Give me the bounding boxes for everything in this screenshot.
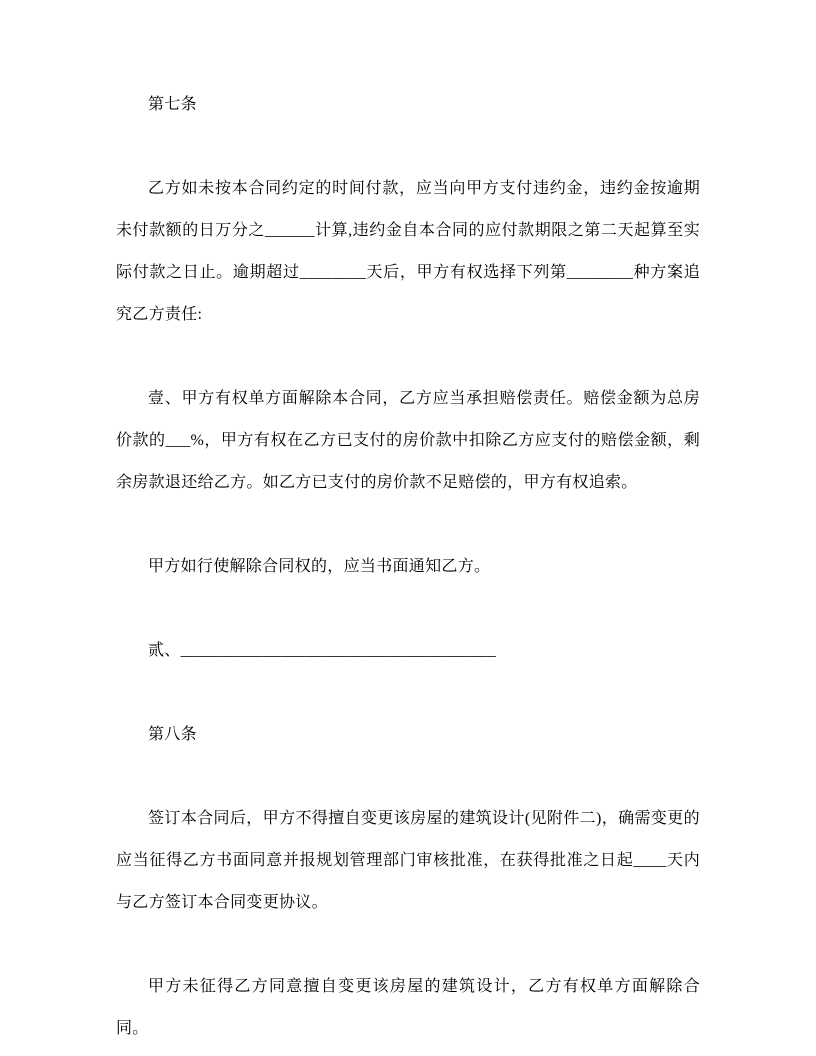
- late-payment-penalty-clause: 乙方如未按本合同约定的时间付款，应当向甲方支付违约金，违约金按逾期未付款额的日万…: [116, 168, 700, 336]
- option-1-termination-clause: 壹、甲方有权单方面解除本合同，乙方应当承担赔偿责任。赔偿金额为总房价款的___%…: [116, 378, 700, 504]
- termination-notice-clause: 甲方如行使解除合同权的，应当书面通知乙方。: [116, 546, 700, 588]
- article-7-heading: 第七条: [116, 84, 700, 126]
- option-2-blank-clause: 贰、______________________________________: [116, 630, 700, 672]
- unauthorized-design-change-clause: 甲方未征得乙方同意擅自变更该房屋的建筑设计，乙方有权单方面解除合同。: [116, 966, 700, 1050]
- contract-page: 第七条 乙方如未按本合同约定的时间付款，应当向甲方支付违约金，违约金按逾期未付款…: [0, 0, 816, 1056]
- article-8-heading: 第八条: [116, 714, 700, 756]
- design-change-approval-clause: 签订本合同后，甲方不得擅自变更该房屋的建筑设计(见附件二)，确需变更的应当征得乙…: [116, 798, 700, 924]
